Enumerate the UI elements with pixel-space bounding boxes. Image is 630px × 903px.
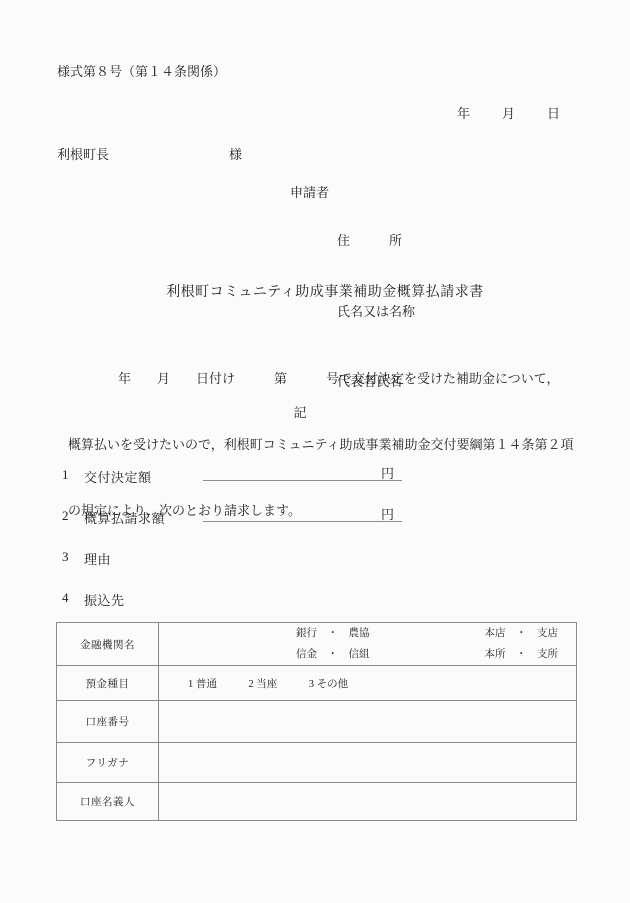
- item-reason: 3 理由: [0, 549, 630, 567]
- table-row-furigana: フリガナ: [57, 743, 577, 783]
- bank-type-line-2: 信金 ・ 信組 本所 ・ 支所: [159, 644, 576, 665]
- transfer-destination-table: 金融機関名 銀行 ・ 農協 本店 ・ 支店 信金 ・ 信組 本所 ・ 支所 預金…: [56, 622, 577, 821]
- item-number: 1: [62, 467, 69, 483]
- form-number: 様式第８号（第１４条関係）: [57, 61, 226, 80]
- cell-account-number: [159, 701, 577, 743]
- cell-deposit-type-options: 1 普通 2 当座 3 その他: [159, 666, 577, 701]
- applicant-label: 申請者: [290, 182, 329, 201]
- row-label-deposit-type: 預金種目: [57, 666, 159, 701]
- table-row-deposit-type: 預金種目 1 普通 2 当座 3 その他: [57, 666, 577, 701]
- bank-options-left: 信金 ・ 信組: [296, 644, 370, 665]
- currency-unit: 円: [381, 467, 394, 481]
- document-page: 様式第８号（第１４条関係） 年 月 日 利根町長 様 申請者 住 所 氏名又は名…: [0, 0, 630, 903]
- table-row-account-holder: 口座名義人: [57, 783, 577, 821]
- addressee-honorific: 様: [229, 144, 242, 163]
- body-line-1: 年 月 日付け 第 号で交付決定を受けた補助金について，: [68, 368, 578, 390]
- body-paragraph: 年 月 日付け 第 号で交付決定を受けた補助金について， 概算払いを受けたいので…: [68, 324, 578, 566]
- row-label-account-holder: 口座名義人: [57, 783, 159, 821]
- row-label-financial-institution: 金融機関名: [57, 623, 159, 666]
- record-mark: 記: [0, 402, 600, 421]
- bank-options-left: 銀行 ・ 農協: [296, 623, 370, 644]
- applicant-name-label: 氏名又は名称: [337, 300, 415, 324]
- cell-account-holder: [159, 783, 577, 821]
- item-label: 振込先: [84, 590, 125, 609]
- row-label-account-number: 口座番号: [57, 701, 159, 743]
- item-label: 理由: [84, 549, 111, 568]
- branch-options-right: 本所 ・ 支所: [485, 644, 559, 665]
- row-label-furigana: フリガナ: [57, 743, 159, 783]
- bank-type-line-1: 銀行 ・ 農協 本店 ・ 支店: [159, 623, 576, 644]
- table-row-financial-institution: 金融機関名 銀行 ・ 農協 本店 ・ 支店 信金 ・ 信組 本所 ・ 支所: [57, 623, 577, 666]
- item-number: 3: [62, 549, 69, 565]
- branch-options-right: 本店 ・ 支店: [485, 623, 559, 644]
- item-number: 4: [62, 590, 69, 606]
- amount-fill-line: 円: [203, 507, 402, 522]
- item-provisional-payment-amount: 2 概算払請求額 円: [0, 508, 630, 526]
- applicant-address-label: 住 所: [337, 229, 415, 253]
- table-row-account-number: 口座番号: [57, 701, 577, 743]
- date-line: 年 月 日: [457, 103, 562, 122]
- currency-unit: 円: [381, 508, 394, 522]
- item-transfer-destination: 4 振込先: [0, 590, 630, 608]
- cell-furigana: [159, 743, 577, 783]
- document-title: 利根町コミュニティ助成事業補助金概算払請求書: [0, 281, 630, 301]
- item-label: 概算払請求額: [84, 508, 165, 527]
- cell-financial-institution: 銀行 ・ 農協 本店 ・ 支店 信金 ・ 信組 本所 ・ 支所: [159, 623, 577, 666]
- item-number: 2: [62, 508, 69, 524]
- body-line-2: 概算払いを受けたいので，利根町コミュニティ助成事業補助金交付要綱第１４条第２項: [68, 434, 578, 456]
- item-label: 交付決定額: [84, 467, 152, 486]
- addressee-name: 利根町長: [57, 144, 109, 163]
- amount-fill-line: 円: [203, 466, 402, 481]
- item-grant-decision-amount: 1 交付決定額 円: [0, 467, 630, 485]
